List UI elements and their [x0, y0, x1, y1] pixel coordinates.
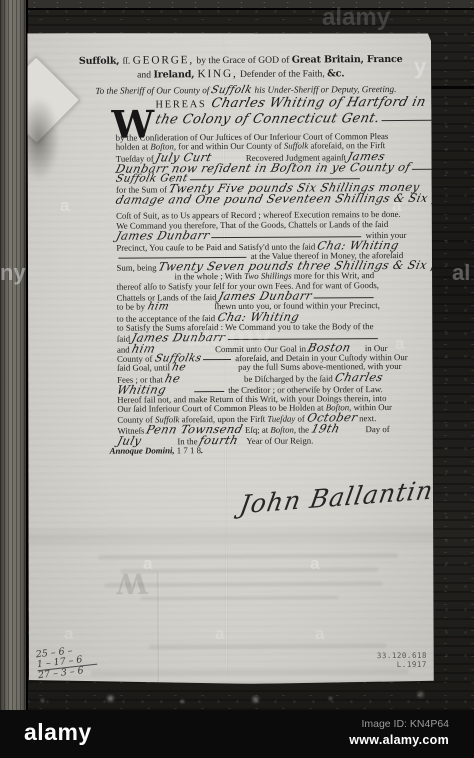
handwritten-text: Cha: Whiting — [316, 240, 400, 252]
printed-text: Suffolk, — [79, 56, 123, 67]
printed-text: next. — [357, 414, 377, 424]
alamy-watermark: alamy — [322, 4, 390, 32]
alamy-watermark-letter: a — [310, 554, 319, 574]
alamy-watermark-partial: al — [452, 260, 470, 286]
printed-text: to be by — [117, 302, 148, 312]
alamy-watermark-letter: a — [143, 554, 152, 574]
flourish-line — [314, 291, 374, 299]
alamy-watermark-partial: ny — [0, 260, 26, 286]
handwritten-text: damage and One pound Seventeen Shillings… — [115, 193, 435, 206]
flourish-line — [381, 113, 431, 120]
handwritten-text: . — [200, 447, 206, 456]
printed-text: GEORGE, — [133, 54, 194, 66]
margin-arithmetic-note: 25 – 6 – 1 – 17 – 6 27 – 3 – 6 — [35, 644, 98, 681]
printed-text: &c. — [327, 68, 344, 79]
printed-text: by the Grace of GOD of — [194, 55, 292, 67]
document-line: damage and One pound Seventeen Shillings… — [116, 193, 419, 206]
alamy-url-text: www.alamy.com — [349, 733, 449, 747]
stamp-line: L.1917 — [377, 660, 427, 669]
printed-text: Our ſaid Inferiour Court of Common Pleas… — [117, 402, 325, 413]
printed-text: the — [296, 425, 311, 435]
document-line: the Colony of Connecticut Gent. — [115, 110, 418, 127]
printed-text: be Diſcharged by the ſaid — [244, 373, 335, 384]
flourish-line — [211, 230, 361, 238]
document-line: Suffolk, ſſ. GEORGE, by the Grace of GOD… — [63, 53, 418, 69]
alamy-watermark-letter: a — [215, 624, 224, 644]
document-line: Witneſs Penn Townsend Eſq; at Boſton, th… — [117, 423, 420, 436]
printed-text: Eſq; at — [243, 425, 271, 435]
alamy-footer-bar: alamy Image ID: KN4P64 www.alamy.com — [0, 710, 474, 758]
printed-text: Ireland, — [153, 69, 197, 80]
alamy-watermark-partial: y — [414, 54, 426, 80]
document-lines: Suffolk, ſſ. GEORGE, by the Grace of GOD… — [25, 31, 435, 685]
alamy-watermark-letter: a — [395, 334, 404, 354]
flourish-line — [118, 251, 246, 259]
handwritten-text: Charles — [334, 372, 384, 383]
handwritten-text: the Colony of Connecticut Gent. — [154, 111, 382, 128]
handwritten-text: James Dunbarr — [115, 230, 211, 242]
printed-text: Suffolk — [284, 141, 308, 151]
printed-text: Year of Our Reign. — [246, 436, 313, 446]
document-line: Annoque Domini, 1 7 1 8 . — [110, 445, 421, 456]
wood-flecks — [0, 698, 1, 699]
document-line: and Ireland, KING, Defender of the Faith… — [63, 66, 418, 82]
wood-left-plank — [0, 0, 28, 710]
footer-info: Image ID: KN4P64 www.alamy.com — [349, 718, 449, 747]
handwritten-text: July — [116, 436, 142, 447]
wood-top-plank — [0, 0, 474, 8]
stamp-line: 33.120.618 — [377, 651, 427, 660]
alamy-watermark-letter: a — [60, 196, 69, 216]
handwritten-text: Whiting — [116, 384, 167, 395]
handwritten-text: him — [146, 302, 170, 312]
printed-text: ſſ. — [123, 56, 133, 67]
image-id-text: Image ID: KN4P64 — [349, 718, 449, 730]
printed-text: To the Sheriff of Our County of — [95, 85, 211, 96]
printed-text: his Under-Sheriff or Deputy, Greeting. — [252, 84, 396, 95]
alamy-watermark: alamy — [186, 320, 271, 354]
alamy-logo: alamy — [24, 719, 92, 746]
whereas-dropcap: W — [111, 106, 154, 142]
handwritten-text: Boston — [307, 342, 352, 353]
printed-text: Tueſday — [267, 414, 295, 424]
printed-text: Day of — [365, 424, 389, 434]
alamy-watermark-letter: a — [392, 196, 401, 216]
alamy-watermark-letter: a — [315, 624, 324, 644]
flourish-line — [189, 172, 359, 180]
alamy-watermark-letter: a — [143, 334, 152, 354]
wood-seam — [432, 86, 474, 89]
handwritten-text: Suffolk — [210, 84, 253, 96]
wood-seam — [0, 8, 474, 10]
flourish-line — [412, 162, 435, 169]
handwritten-text: Twenty Seven pounds three Shillings & Si… — [157, 260, 435, 273]
accession-number-stamp: 33.120.618 L.1917 — [377, 651, 427, 669]
document-paper: Suffolk, ſſ. GEORGE, by the Grace of GOD… — [25, 31, 435, 685]
printed-text: HEREAS — [155, 99, 211, 110]
document-line: Sum, being Twenty Seven pounds three Shi… — [116, 260, 419, 273]
flourish-line — [194, 385, 224, 392]
printed-text: KING, — [197, 67, 237, 79]
handwritten-text: Charles Whiting of Hartford in — [209, 95, 427, 112]
printed-text: Sum, being — [116, 263, 158, 273]
alamy-stock-photo-page: Suffolk, ſſ. GEORGE, by the Grace of GOD… — [0, 0, 474, 758]
printed-text: Boſton, — [270, 425, 296, 435]
handwritten-text: James Dunbarr — [217, 291, 313, 303]
printed-text: and — [137, 69, 153, 80]
document-line: HEREAS Charles Whiting of Hartford in — [115, 95, 418, 112]
printed-text: Defender of the Faith, — [238, 68, 328, 80]
handwritten-text: 19th — [310, 424, 341, 435]
alamy-watermark-letter: a — [64, 624, 73, 644]
printed-text: Great Britain, France — [292, 54, 403, 66]
